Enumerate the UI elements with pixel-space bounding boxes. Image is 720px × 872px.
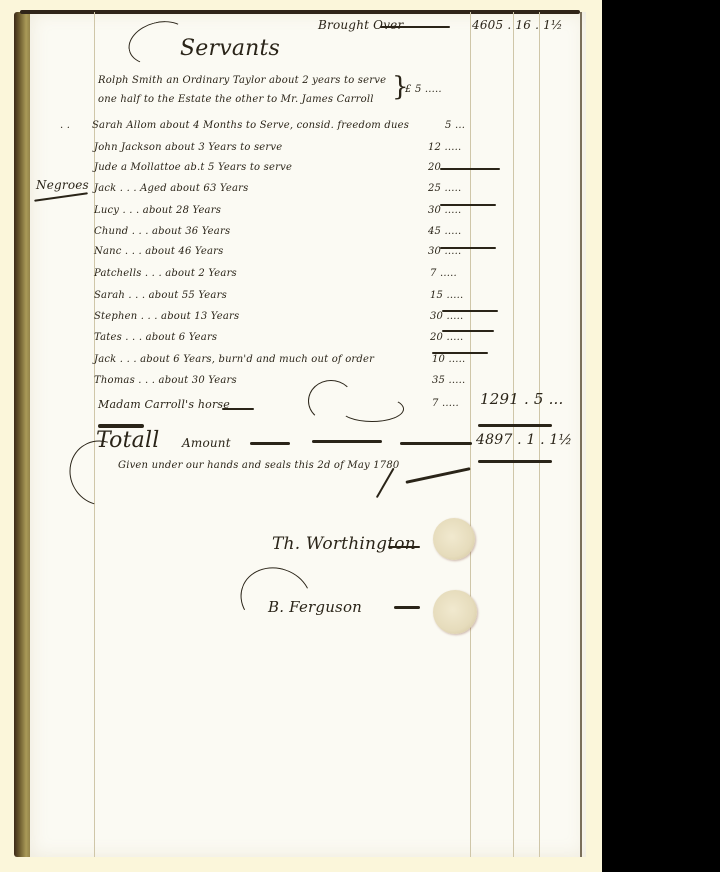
brought-over-label: Brought Over: [318, 18, 403, 32]
entry-amount: 30 .....: [428, 205, 461, 216]
signature-stroke: [388, 546, 420, 548]
underline-stroke: [222, 408, 254, 410]
entry-amount: £ 5 .....: [405, 84, 442, 95]
total-label-amount: Amount: [182, 436, 231, 450]
underline-stroke: [400, 442, 472, 445]
wax-seal: [433, 590, 477, 634]
entry-text: Thomas . . . about 30 Years: [94, 375, 237, 386]
entry-text: Jack . . . about 6 Years, burn'd and muc…: [94, 354, 374, 365]
underline-stroke: [442, 310, 498, 312]
entry-text: Jack . . . Aged about 63 Years: [94, 183, 248, 194]
signature-stroke: [394, 606, 420, 609]
decorative-flourish: [340, 396, 404, 422]
section-title: Servants: [180, 36, 280, 61]
entry-amount: 10 .....: [432, 354, 465, 365]
entry-text: Nanc . . . about 46 Years: [94, 246, 223, 257]
underline-stroke: [442, 330, 494, 332]
scanned-page-background: Brought Over 4605 . 16 . 1½ Servants Rol…: [0, 0, 602, 872]
subtotal-amount: 1291 . 5 ...: [480, 390, 564, 408]
total-rule: [478, 424, 552, 427]
entry-text: Tates . . . about 6 Years: [94, 332, 217, 343]
entry-text: Lucy . . . about 28 Years: [94, 205, 221, 216]
page-right-edge: [580, 12, 582, 857]
amount-column-rule: [470, 12, 471, 857]
entry-amount: 7 .....: [432, 398, 459, 409]
underline-stroke: [380, 26, 450, 28]
underline-stroke: [440, 204, 496, 206]
margin-dots: . .: [60, 120, 70, 131]
wax-seal: [433, 518, 475, 560]
margin-rule: [94, 12, 95, 857]
entry-amount: 30 .....: [430, 311, 463, 322]
underline-stroke: [432, 352, 488, 354]
entry-text: John Jackson about 3 Years to serve: [94, 142, 282, 153]
entry-text: one half to the Estate the other to Mr. …: [98, 94, 374, 105]
entry-text: Madam Carroll's horse: [98, 398, 230, 411]
entry-amount: 35 .....: [432, 375, 465, 386]
underline-stroke: [440, 168, 500, 170]
underline-stroke: [250, 442, 290, 445]
entry-text: Patchells . . . about 2 Years: [94, 268, 237, 279]
entry-amount: 12 .....: [428, 142, 461, 153]
underline-stroke: [312, 440, 382, 443]
signature-ferguson: B. Ferguson: [268, 598, 362, 616]
total-rule: [478, 460, 552, 463]
entry-amount: 45 .....: [428, 226, 461, 237]
brought-over-amount: 4605 . 16 . 1½: [472, 18, 563, 32]
entry-amount: 15 .....: [430, 290, 463, 301]
entry-text: Chund . . . about 36 Years: [94, 226, 230, 237]
underline-stroke: [440, 247, 496, 249]
page-top-edge: [20, 10, 580, 14]
entry-amount: 20 .....: [430, 332, 463, 343]
entry-amount: 25 .....: [428, 183, 461, 194]
entry-text: Sarah . . . about 55 Years: [94, 290, 227, 301]
entry-text: Stephen . . . about 13 Years: [94, 311, 239, 322]
entry-text: Jude a Mollattoe ab.t 5 Years to serve: [94, 162, 292, 173]
attestation-text: Given under our hands and seals this 2d …: [118, 460, 400, 471]
entry-amount: 5 ...: [445, 120, 465, 131]
negroes-side-label: Negroes: [36, 178, 89, 192]
entry-text: Sarah Allom about 4 Months to Serve, con…: [92, 120, 409, 131]
entry-amount: 7 .....: [430, 268, 457, 279]
signature-worthington: Th. Worthington: [272, 534, 416, 554]
entry-text: Rolph Smith an Ordinary Taylor about 2 y…: [98, 75, 386, 86]
total-amount: 4897 . 1 . 1½: [476, 432, 572, 448]
